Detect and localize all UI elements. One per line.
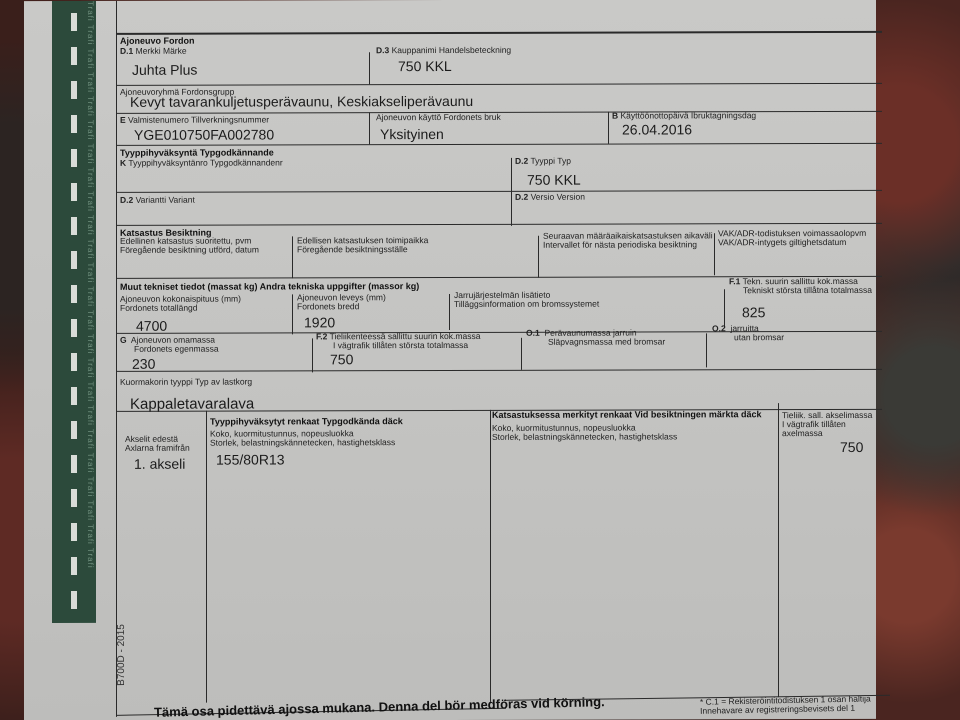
axle-1-value: 1. akseli	[134, 456, 185, 472]
first-use-value: 26.04.2016	[622, 121, 692, 137]
strip-dash	[71, 47, 77, 65]
divider	[312, 338, 313, 372]
road-max-mass-value: 750	[330, 351, 353, 367]
strip-dash	[71, 13, 77, 31]
divider	[449, 294, 450, 330]
road-max-mass-label: F.2 Tieliikenteessä sallittu suurin kok.…	[316, 332, 480, 350]
divider	[116, 223, 882, 226]
strip-dash	[71, 81, 77, 99]
strip-dash	[71, 183, 77, 201]
divider	[206, 411, 207, 703]
axle-mass-value: 750	[840, 439, 863, 455]
divider	[116, 143, 882, 146]
divider	[116, 369, 882, 372]
strip-dash	[71, 353, 77, 371]
background-left	[0, 0, 24, 720]
strip-dash	[71, 115, 77, 133]
inspected-tires-title: Katsastuksessa merkityt renkaat Vid besi…	[492, 409, 761, 420]
divider	[521, 338, 522, 370]
type-label: D.2 Tyyppi Typ	[515, 157, 571, 166]
length-label: Ajoneuvon kokonaispituus (mm)Fordonets t…	[120, 295, 241, 313]
approved-tires-title: Tyyppihyväksytyt renkaat Typgodkända däc…	[210, 416, 403, 427]
strip-dash	[71, 285, 77, 303]
divider	[292, 294, 293, 334]
border-left	[116, 1, 117, 717]
strip-dash	[71, 455, 77, 473]
usage-value: Yksityinen	[380, 126, 444, 142]
curb-mass-value: 230	[132, 356, 155, 372]
strip-dash	[71, 489, 77, 507]
version-label: D.2 Versio Version	[515, 193, 585, 202]
registration-certificate: Trafi Trafi Trafi Trafi Trafi Trafi Traf…	[24, 0, 876, 720]
vin-value: YGE010750FA002780	[134, 126, 274, 142]
footer-note: * C.1 = Rekisteröintitodistuksen 1 osan …	[700, 694, 871, 715]
trade-name-value: 750 KKL	[398, 58, 452, 74]
tech-max-mass-value: 825	[742, 304, 765, 320]
divider	[714, 233, 715, 275]
section-type-approval-title: Tyyppihyväksyntä Typgodkännande	[120, 147, 274, 157]
usage-label: Ajoneuvon käyttö Fordonets bruk	[376, 113, 501, 122]
make-label: D.1 Merkki Märke	[120, 47, 187, 56]
next-inspection-interval-label: Seuraavan määräaikaiskatsastuksen aikavä…	[543, 231, 713, 249]
type-approval-number-label: K Tyyppihyväksyntänro Typgodkännandenr	[120, 158, 283, 167]
type-value: 750 KKL	[527, 172, 581, 188]
divider	[538, 236, 539, 278]
strip-dash	[71, 387, 77, 405]
background-right	[872, 0, 960, 720]
braked-trailer-label: O.1 Perävaunumassa jarruinSläpvagnsmassa…	[526, 328, 665, 346]
length-value: 4700	[136, 318, 167, 334]
axle-mass-label: Tieliik. sall. akselimassaI vägtrafik ti…	[782, 411, 872, 438]
divider	[724, 289, 725, 327]
vehicle-group-value: Kevyt tavarankuljetusperävaunu, Keskiaks…	[130, 93, 473, 110]
vin-label: E Valmistenumero Tillverkningsnummer	[120, 115, 269, 124]
inspected-tires-subtitle: Koko, kuormitustunnus, nopeusluokkaStorl…	[492, 423, 677, 441]
approved-tire-value: 155/80R13	[216, 451, 285, 467]
unbraked-trailer-label: O.2 jarruittautan bromsar	[712, 324, 784, 342]
width-value: 1920	[304, 314, 335, 330]
axles-label: Akselit edestäAxlarna framifrån	[125, 435, 190, 453]
divider	[706, 333, 707, 367]
strip-dash	[71, 523, 77, 541]
adr-validity-label: VAK/ADR-todistuksen voimassaolopvmVAK/AD…	[718, 229, 866, 247]
strip-dash	[71, 217, 77, 235]
divider	[369, 112, 370, 144]
divider	[608, 112, 609, 144]
variant-label: D.2 Variantti Variant	[120, 196, 195, 205]
body-type-label: Kuormakorin tyyppi Typ av lastkorg	[120, 378, 252, 387]
brake-info-label: Jarrujärjestelmän lisätietoTilläggsinfor…	[454, 291, 599, 309]
divider	[116, 83, 882, 86]
tech-max-mass-label: F.1 Tekn. suurin sallittu kok.massaTekni…	[729, 277, 872, 295]
divider	[778, 403, 779, 697]
strip-dash	[71, 319, 77, 337]
previous-inspection-date-label: Edellinen katsastus suoritettu, pvmFöreg…	[120, 237, 259, 255]
previous-inspection-place-label: Edellisen katsastuksen toimipaikkaFöregå…	[297, 236, 428, 254]
divider	[369, 52, 370, 84]
curb-mass-label: G Ajoneuvon omamassaFordonets egenmassa	[120, 336, 219, 354]
make-value: Juhta Plus	[132, 62, 197, 78]
divider	[116, 31, 882, 35]
strip-dash	[71, 421, 77, 439]
strip-dash	[71, 557, 77, 575]
width-label: Ajoneuvon leveys (mm)Fordonets bredd	[297, 293, 386, 311]
strip-dash	[71, 591, 77, 609]
section-vehicle-title: Ajoneuvo Fordon	[120, 36, 195, 46]
form-code: B700D - 2015	[116, 624, 127, 686]
divider	[292, 236, 293, 278]
trade-name-label: D.3 Kauppanimi Handelsbeteckning	[376, 46, 511, 55]
approved-tires-subtitle: Koko, kuormitustunnus, nopeusluokkaStorl…	[210, 429, 395, 447]
divider	[116, 190, 882, 193]
strip-dash	[71, 251, 77, 269]
footer-notice: Tämä osa pidettävä ajossa mukana. Denna …	[154, 694, 605, 720]
first-use-label: B Käyttöönottopäivä Ibruktagningsdag	[612, 111, 756, 120]
strip-dash	[71, 149, 77, 167]
divider	[490, 410, 491, 702]
section-technical-title: Muut tekniset tiedot (massat kg) Andra t…	[120, 281, 419, 292]
